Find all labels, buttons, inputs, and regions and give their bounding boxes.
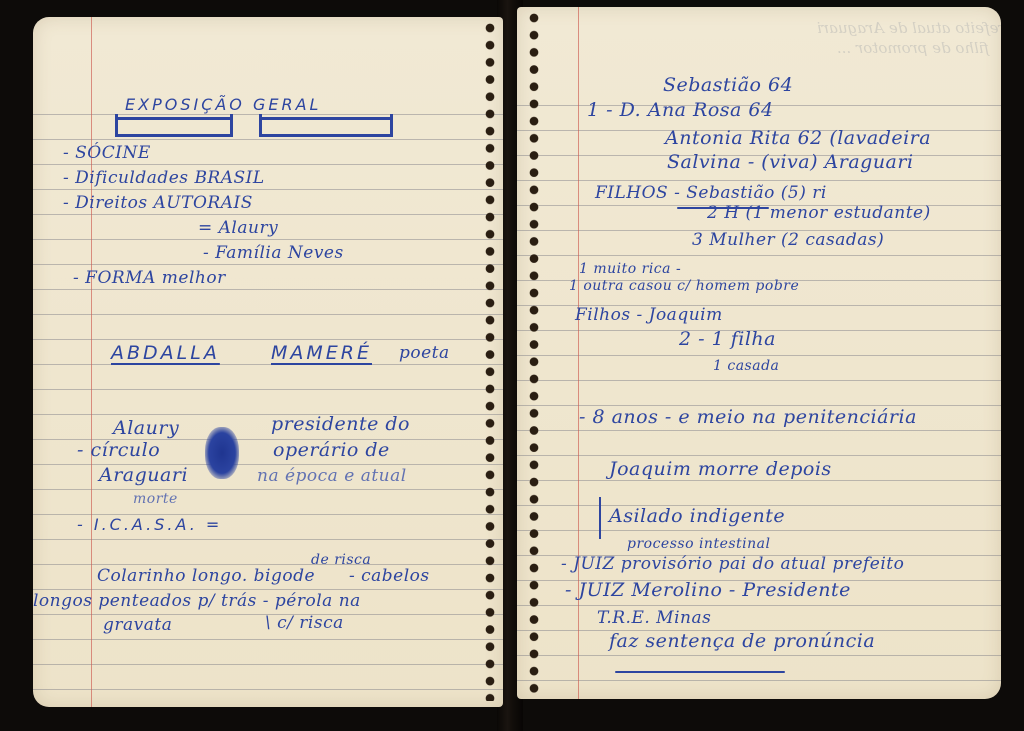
heading-exposicao-geral: EXPOSIÇÃO GERAL xyxy=(125,97,321,113)
desc-de-risca: de risca xyxy=(311,553,371,567)
right-page: Prefeito atual de Araguari filho de prom… xyxy=(517,7,1001,699)
line-muito-rica: 1 muito rica - xyxy=(579,262,681,276)
line-outra-casou: 1 outra casou c/ homem pobre xyxy=(569,279,799,293)
desc-gravata: gravata xyxy=(103,617,172,634)
line-1-casada: 1 casada xyxy=(713,359,779,373)
line-faz-sentenca: faz sentença de pronúncia xyxy=(609,632,875,651)
heading-double-underline-right xyxy=(259,117,393,137)
note-presidente-do: presidente do xyxy=(271,415,410,434)
show-through-text-2: filho de promotor ... xyxy=(837,39,989,57)
desc-colarinho-bigode: Colarinho longo. bigode xyxy=(97,568,315,585)
line-sebastiao-64: Sebastião 64 xyxy=(663,76,793,95)
item-direitos-autorais: - Direitos AUTORAIS xyxy=(63,195,253,212)
line-3-mulher: 3 Mulher (2 casadas) xyxy=(692,232,884,249)
role-poeta: poeta xyxy=(399,345,450,362)
line-juiz-provisorio: - JUIZ provisório pai do atual prefeito xyxy=(561,556,904,573)
line-antonia-rita: Antonia Rita 62 (lavadeira xyxy=(665,129,931,148)
heading-double-underline-left xyxy=(115,117,233,137)
line-filhos-sebastiao: FILHOS - Sebastião (5) ri xyxy=(595,185,827,202)
line-filhos-joaquim: Filhos - Joaquim xyxy=(575,307,723,324)
item-socine: - SÓCINE xyxy=(63,145,151,162)
note-operario-de: operário de xyxy=(273,441,390,460)
name-mamere: MAMERÉ xyxy=(271,344,372,363)
item-forma-melhor: - FORMA melhor xyxy=(73,270,226,287)
ruled-lines xyxy=(517,87,1001,699)
item-dificuldades-brasil: - Dificuldades BRASIL xyxy=(63,170,265,187)
note-na-epoca-e-atual: na época e atual xyxy=(257,468,407,485)
line-tre-minas: T.R.E. Minas xyxy=(597,610,711,627)
underline-faz-sentenca xyxy=(615,671,785,673)
note-araguari: Araguari xyxy=(99,466,188,485)
line-joaquim-morre: Joaquim morre depois xyxy=(609,460,832,479)
spiral-holes xyxy=(485,23,495,701)
ink-scribble xyxy=(205,427,239,479)
item-familia-neves: - Família Neves xyxy=(203,245,344,262)
show-through-text-1: Prefeito atual de Araguari xyxy=(817,19,1001,37)
note-icasa: - I.C.A.S.A. = xyxy=(77,517,222,533)
line-salvina: Salvina - (viva) Araguari xyxy=(667,153,914,172)
spiral-holes xyxy=(529,13,539,693)
desc-penteados-perola: longos penteados p/ trás - pérola na xyxy=(33,593,361,610)
desc-cabelos: - cabelos xyxy=(349,568,430,585)
line-processo-intestinal: processo intestinal xyxy=(627,537,771,551)
line-2-1-filha: 2 - 1 filha xyxy=(679,330,776,349)
left-page: EXPOSIÇÃO GERAL - SÓCINE - Dificuldades … xyxy=(33,17,503,707)
line-asilado-indigente: Asilado indigente xyxy=(609,507,785,526)
desc-com-risca: \ c/ risca xyxy=(265,615,344,632)
note-alaury: Alaury xyxy=(113,419,179,438)
note-morte: morte xyxy=(133,492,178,506)
note-circulo: - círculo xyxy=(77,441,160,460)
name-abdalla: ABDALLA xyxy=(111,344,220,363)
line-juiz-merolino: - JUIZ Merolino - Presidente xyxy=(565,581,851,600)
line-2h-menor-estudante: 2 H (1 menor estudante) xyxy=(707,205,931,222)
bracket-bar xyxy=(599,497,601,539)
line-ana-rosa: 1 - D. Ana Rosa 64 xyxy=(587,101,774,120)
line-8-anos-penitenciaria: - 8 anos - e meio na penitenciária xyxy=(579,408,917,427)
item-alaury: = Alaury xyxy=(198,220,278,237)
